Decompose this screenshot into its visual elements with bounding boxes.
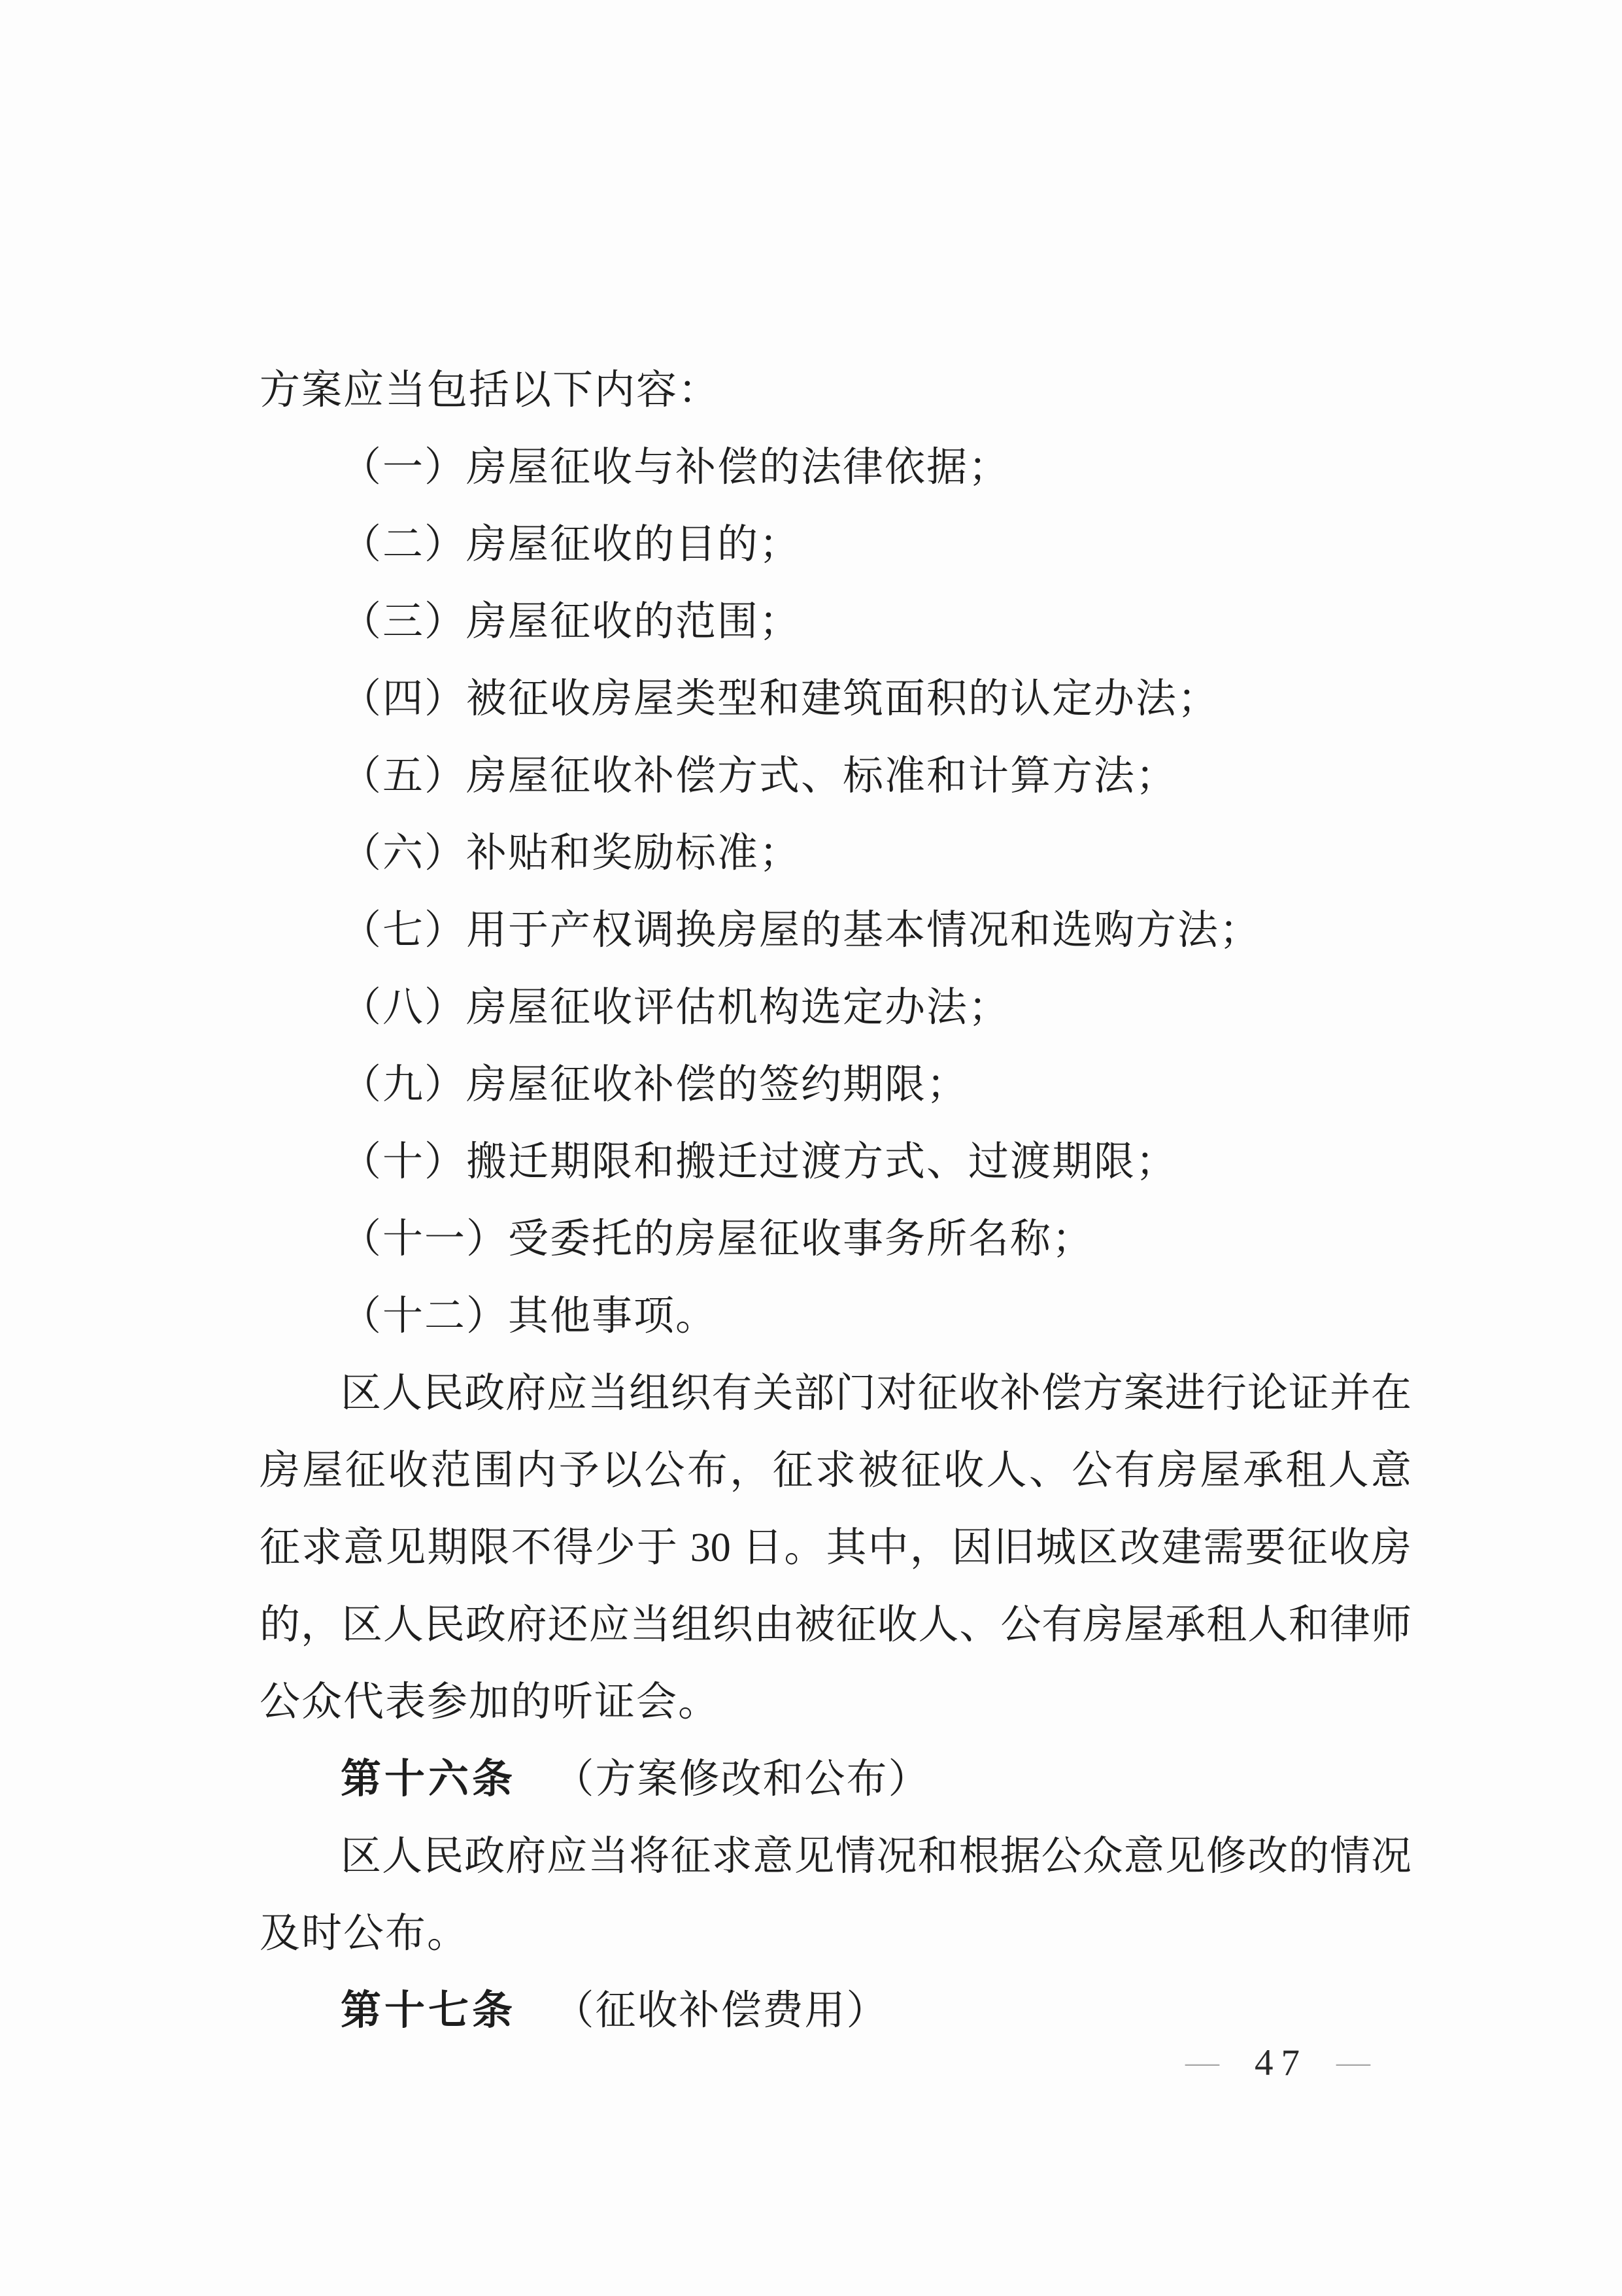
article-number: 第十七条 [341,1988,516,2033]
line-text: （征收补偿费用） [554,1989,888,2033]
line-text: （七）用于产权调换房屋的基本情况和选购方法； [341,908,1261,953]
document-line: （六）补贴和奖励标准； [260,815,1411,892]
document-line: 征求意见期限不得少于 30 日。其中，因旧城区改建需要征收房屋 [260,1509,1411,1586]
line-text: 房屋征收范围内予以公布，征求被征收人、公有房屋承租人意见。 [260,1448,1411,1509]
document-line: （三）房屋征收的范围； [260,583,1411,660]
document-line: （一）房屋征收与补偿的法律依据； [260,429,1411,506]
document-line: 第十六条 （方案修改和公布） [260,1741,1411,1818]
document-line: 的，区人民政府还应当组织由被征收人、公有房屋承租人和律师等 [260,1586,1411,1664]
document-line: 及时公布。 [260,1895,1411,1972]
document-line: （八）房屋征收评估机构选定办法； [260,969,1411,1046]
document-line: （四）被征收房屋类型和建筑面积的认定办法； [260,660,1411,738]
document-line: （十一）受委托的房屋征收事务所名称； [260,1201,1411,1278]
line-text: 及时公布。 [260,1911,469,1956]
line-text: （二）房屋征收的目的； [341,523,801,567]
document-line: （九）房屋征收补偿的签约期限； [260,1046,1411,1123]
line-text: （五）房屋征收补偿方式、标准和计算方法； [341,754,1177,798]
line-text: （十）搬迁期限和搬迁过渡方式、过渡期限； [341,1140,1177,1184]
document-body: 方案应当包括以下内容： （一）房屋征收与补偿的法律依据； （二）房屋征收的目的；… [260,352,1411,2049]
line-text: （方案修改和公布） [554,1757,930,1802]
line-text: 征求意见期限不得少于 30 日。其中，因旧城区改建需要征收房屋 [260,1526,1411,1586]
line-text: 的，区人民政府还应当组织由被征收人、公有房屋承租人和律师等 [260,1603,1411,1664]
document-page: 方案应当包括以下内容： （一）房屋征收与补偿的法律依据； （二）房屋征收的目的；… [0,0,1622,2296]
document-line: （十）搬迁期限和搬迁过渡方式、过渡期限； [260,1123,1411,1201]
document-line: （七）用于产权调换房屋的基本情况和选购方法； [260,892,1411,969]
line-text: 公众代表参加的听证会。 [260,1680,720,1724]
line-text: （三）房屋征收的范围； [341,600,801,644]
line-text: （十一）受委托的房屋征收事务所名称； [341,1217,1094,1261]
document-line: 第十七条 （征收补偿费用） [260,1972,1411,2049]
line-text: （十二）其他事项。 [341,1294,717,1339]
page-number: 47 [1248,2042,1308,2084]
line-text: （四）被征收房屋类型和建筑面积的认定办法； [341,677,1219,721]
line-text: （九）房屋征收补偿的签约期限； [341,1063,968,1107]
line-text: 区人民政府应当组织有关部门对征收补偿方案进行论证并在 [341,1371,1411,1416]
document-line: （五）房屋征收补偿方式、标准和计算方法； [260,738,1411,815]
line-text: （六）补贴和奖励标准； [341,831,801,876]
document-line: 区人民政府应当组织有关部门对征收补偿方案进行论证并在 [260,1355,1411,1432]
footer-dash-left: — [1185,2048,1219,2077]
document-line: 方案应当包括以下内容： [260,352,1411,429]
document-line: 公众代表参加的听证会。 [260,1664,1411,1741]
document-line: 房屋征收范围内予以公布，征求被征收人、公有房屋承租人意见。 [260,1432,1411,1509]
line-text: 区人民政府应当将征求意见情况和根据公众意见修改的情况 [341,1834,1411,1879]
document-line: （十二）其他事项。 [260,1278,1411,1355]
line-text: （一）房屋征收与补偿的法律依据； [341,445,1010,490]
article-number: 第十六条 [341,1756,516,1802]
line-text: （八）房屋征收评估机构选定办法； [341,985,1010,1030]
line-text: 方案应当包括以下内容： [260,368,720,413]
page-footer: — 47 — [1185,2042,1370,2084]
document-line: （二）房屋征收的目的； [260,506,1411,583]
footer-dash-right: — [1336,2048,1370,2077]
document-line: 区人民政府应当将征求意见情况和根据公众意见修改的情况 [260,1818,1411,1895]
